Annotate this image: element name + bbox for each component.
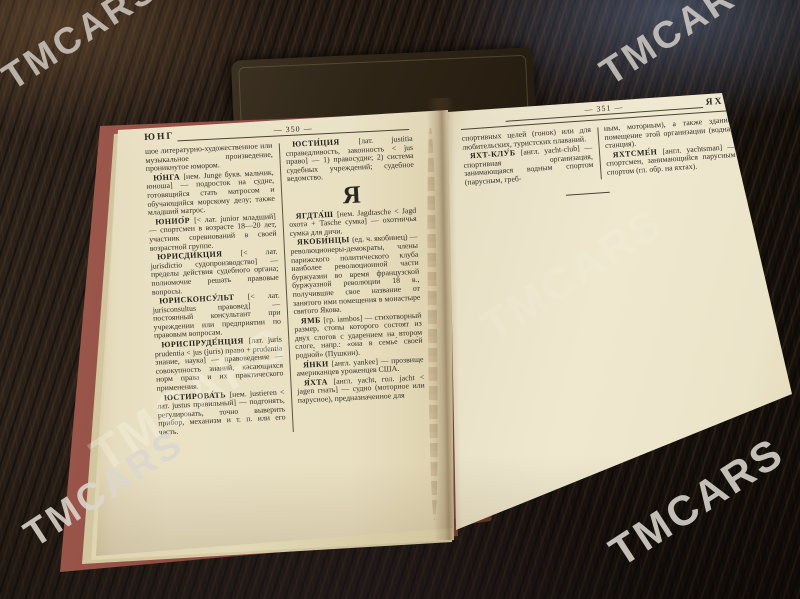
right-page-content: — 351 — ЯХТ спортивных целей (гонок) или… bbox=[460, 95, 738, 202]
text-column: ЮСТИ́ЦИЯ [лат. justitia справедливость, … bbox=[285, 135, 427, 431]
headword: ЮСТИ́ЦИЯ bbox=[292, 137, 359, 149]
dictionary-entry: ЮРИСДИ́КЦИЯ [< лат. jurisdictio судопрои… bbox=[150, 248, 279, 297]
page-number: — 351 — bbox=[584, 103, 624, 116]
dictionary-entry: ЯХТ-КЛУ́Б [англ. yacht-club] — спортивна… bbox=[463, 144, 595, 187]
text-column: ным, моторным), а также здание, помещени… bbox=[604, 116, 737, 178]
headword: ЮНИО́Р bbox=[155, 215, 194, 226]
headword: Я́ХТА bbox=[304, 377, 334, 387]
dictionary-entry: Ю́НГА [нем. Junge букв. мальчик, юноша] … bbox=[146, 169, 275, 218]
dictionary-entry: ЮСТИ́ЦИЯ [лат. justitia справедливость, … bbox=[285, 135, 414, 184]
text-column: спортивных целей (гонок) или для любител… bbox=[461, 126, 594, 188]
dictionary-entry: Я́ХТА [англ. yacht, гол. jacht < jagen г… bbox=[297, 373, 426, 405]
headword: ЯГДТА́Ш bbox=[296, 209, 338, 220]
headword: Я́НКИ bbox=[303, 359, 332, 369]
headword: Ю́НГА bbox=[153, 172, 184, 182]
end-of-text-rule bbox=[566, 191, 610, 195]
headword: ЯХТ-КЛУ́Б bbox=[470, 148, 521, 161]
page-number: — 350 — bbox=[273, 124, 312, 136]
column-divider bbox=[597, 127, 602, 179]
header-spacer bbox=[461, 122, 503, 125]
dictionary-entry: ЯКОБИ́НЦЫ (ед. ч. якобинец) — революцион… bbox=[290, 233, 421, 316]
headword: ЯМБ bbox=[301, 315, 324, 325]
headword: ЯКОБИ́НЦЫ bbox=[297, 235, 353, 247]
section-letter: Я bbox=[288, 189, 416, 204]
running-head: ЮНГ bbox=[144, 132, 175, 143]
photo-scene: ЮНГ — 350 — шое литературно-художественн… bbox=[0, 0, 800, 599]
dictionary-entry: ЯМБ [гр. iambos] — стихотворный размер, … bbox=[294, 311, 423, 360]
